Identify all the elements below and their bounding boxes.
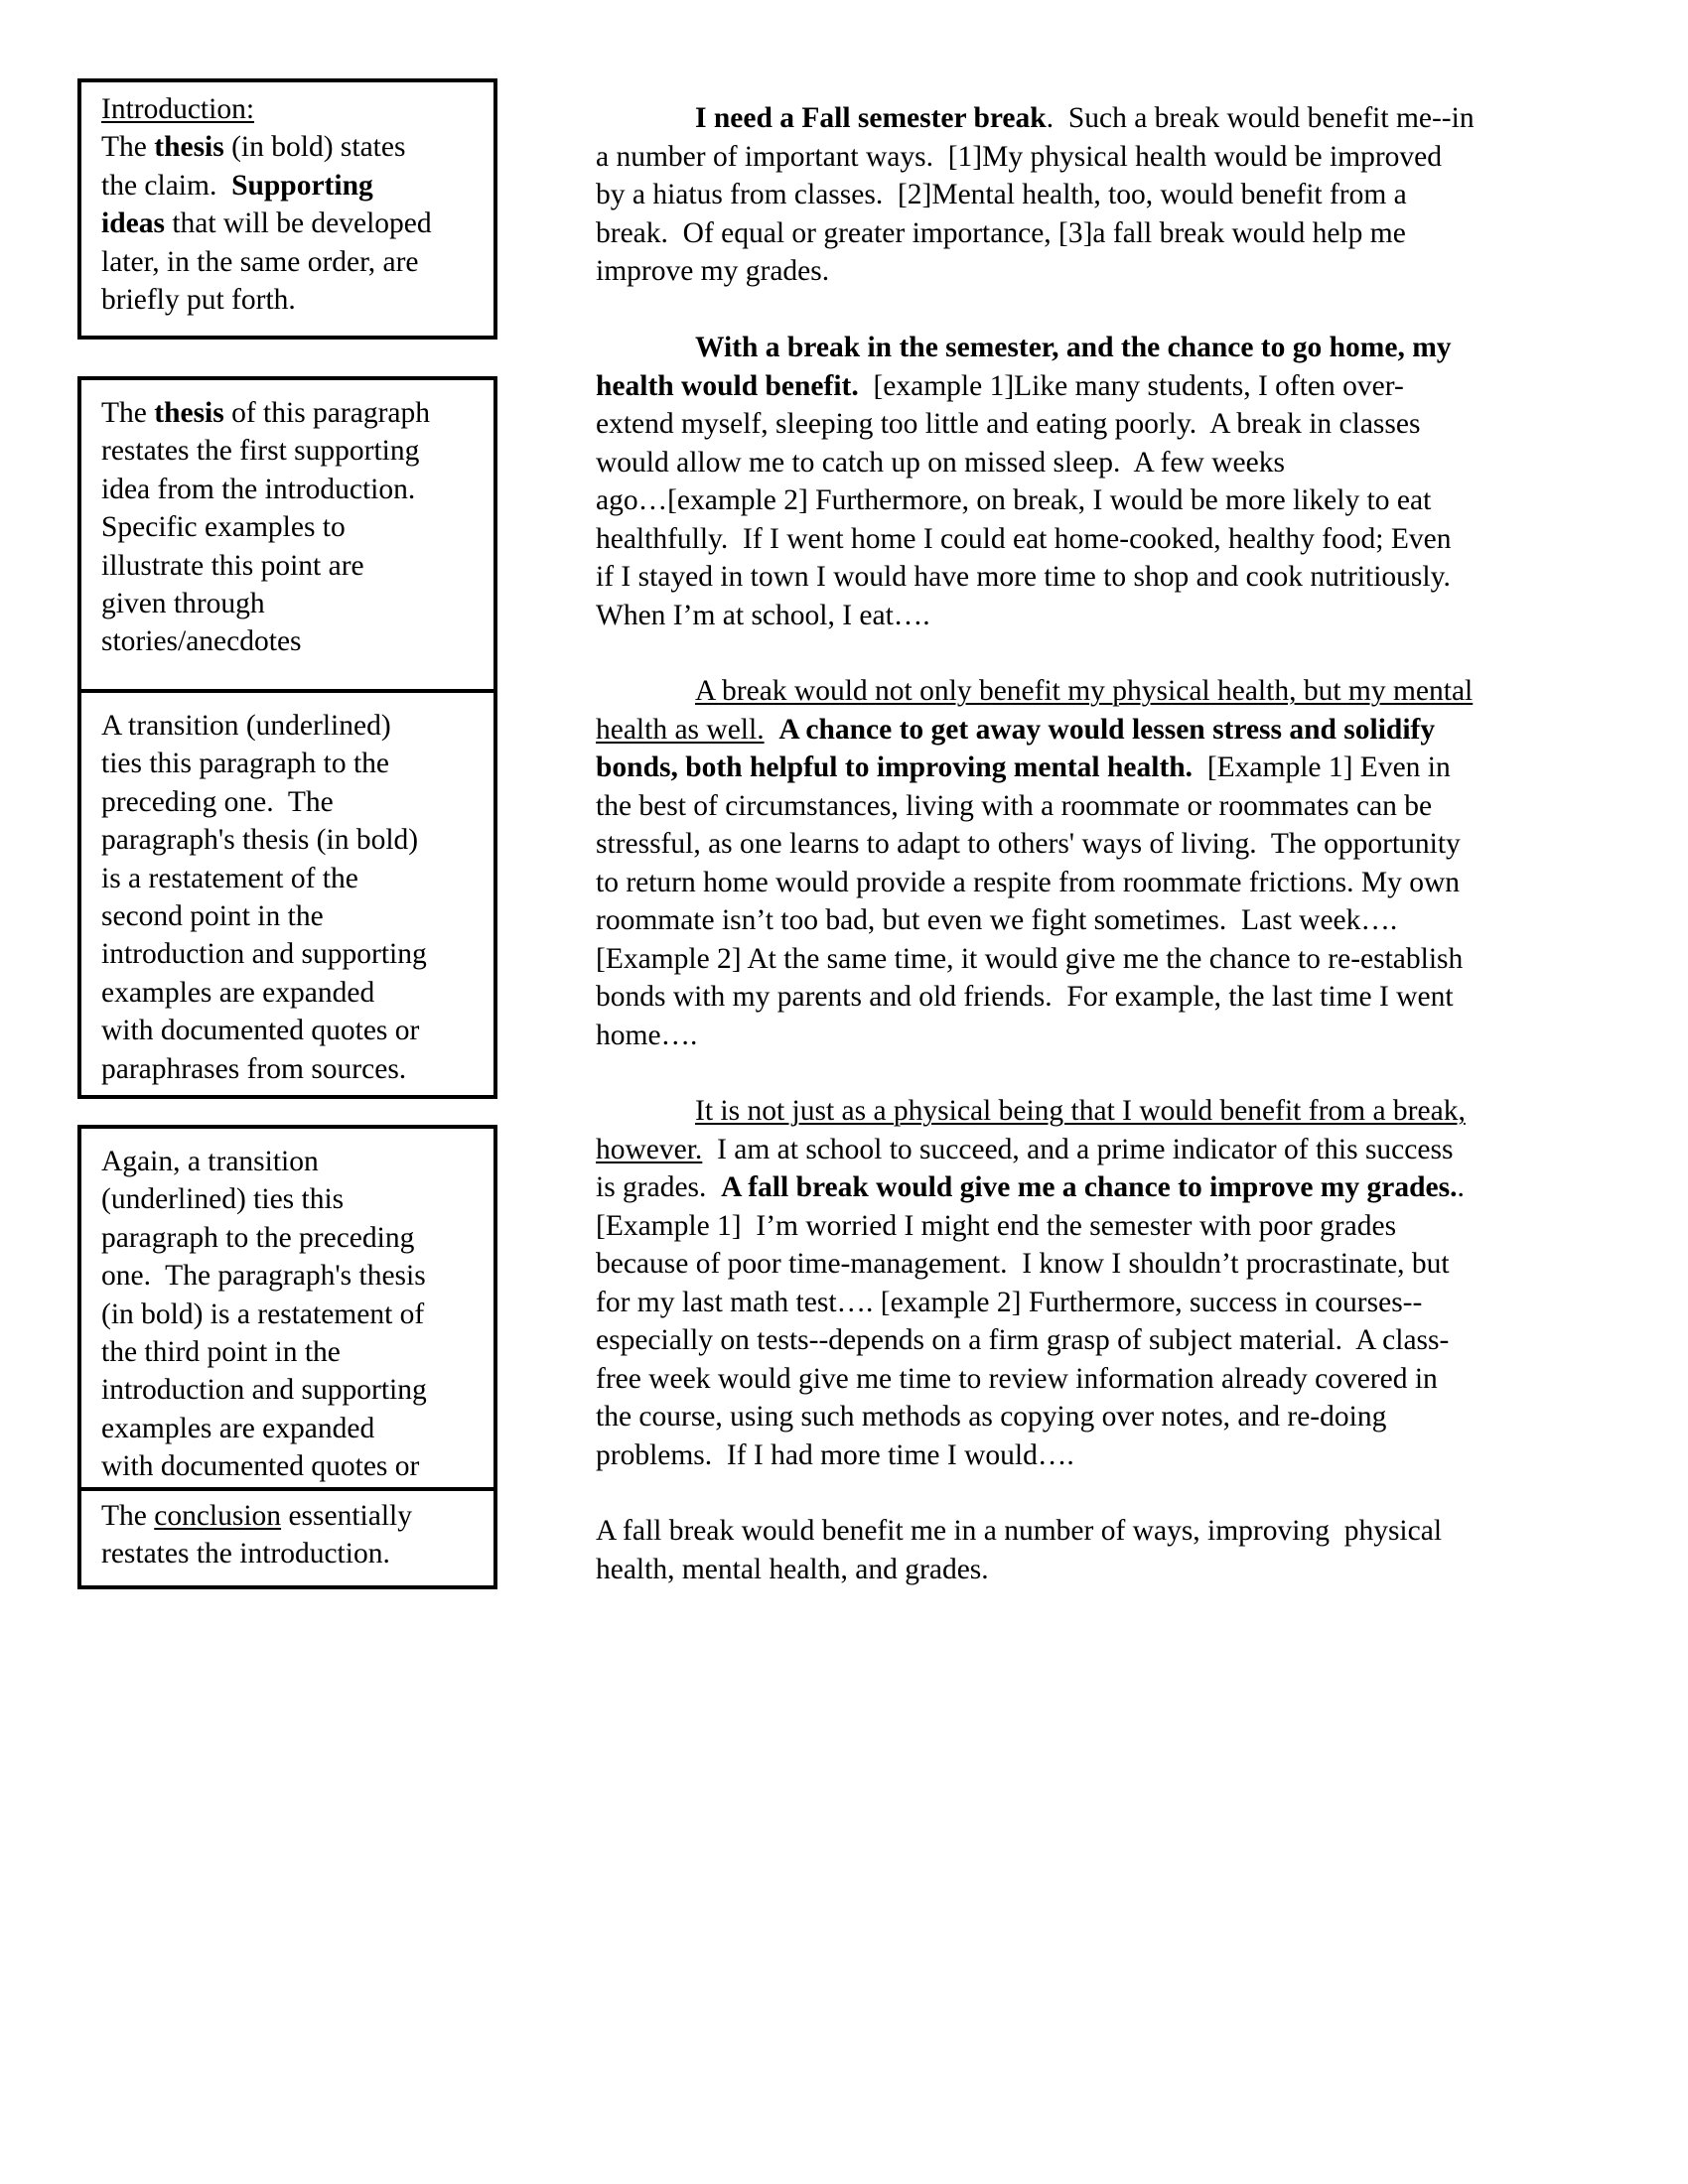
underlined-text: It is not just as a physical being that … [695,1095,1466,1127]
essay-body-paragraph-3: It is not just as a physical being that … [596,1092,1589,1474]
text: Specific examples to [101,511,346,543]
text-line: health, mental health, and grades. [596,1551,1589,1589]
text: healthfully. If I went home I could eat … [596,523,1452,555]
text-line: ideas that will be developed [101,205,484,242]
text-line: Again, a transition [101,1143,484,1180]
text-line: stories/anecdotes [101,622,484,660]
text: examples are expanded [101,1413,374,1444]
text-line: A fall break would benefit me in a numbe… [596,1512,1589,1551]
text: a number of important ways. [1]My physic… [596,141,1442,173]
text-line: the best of circumstances, living with a… [596,787,1589,826]
text-line: break. Of equal or greater importance, [… [596,214,1589,253]
underlined-text: conclusion [154,1500,281,1532]
text: (in bold) states [224,131,406,163]
essay-conclusion: A fall break would benefit me in a numbe… [596,1512,1589,1588]
text: is a restatement of the [101,863,358,894]
text-line: A transition (underlined) [101,707,484,745]
bold-text: A chance to get away would lessen stress… [778,714,1435,746]
body-annotation-box-3-conclusion: Again, a transition(underlined) ties thi… [77,1125,497,1589]
text-line: later, in the same order, are [101,243,484,281]
text: because of poor time-management. I know … [596,1248,1450,1280]
text-line: the third point in the [101,1333,484,1371]
text: (underlined) ties this [101,1183,344,1215]
text: essentially [281,1500,412,1532]
text: by a hiatus from classes. [2]Mental heal… [596,179,1407,210]
text-line: briefly put forth. [101,281,484,319]
text-line: ago…[example 2] Furthermore, on break, I… [596,481,1589,520]
intro-annotation: Introduction:The thesis (in bold) states… [81,82,493,319]
text-line: ties this paragraph to the [101,745,484,782]
text-line: restates the first supporting [101,432,484,470]
text-line: second point in the [101,897,484,935]
text: for my last math test…. [example 2] Furt… [596,1287,1422,1318]
underlined-text: Introduction: [101,93,254,125]
text-line: Introduction: [101,90,484,128]
bold-text: bonds, both helpful to improving mental … [596,751,1193,783]
text: I am at school to succeed, and a prime i… [702,1134,1453,1165]
text-line: to return home would provide a respite f… [596,864,1589,902]
text: with documented quotes or [101,1015,419,1046]
text: especially on tests--depends on a firm g… [596,1324,1449,1356]
text-line: especially on tests--depends on a firm g… [596,1321,1589,1360]
text: restates the first supporting [101,435,419,467]
text: . Such a break would benefit me--in [1047,102,1475,134]
text-line: home…. [596,1017,1589,1055]
text: restates the introduction. [101,1538,390,1570]
text: roommate isn’t too bad, but even we figh… [596,904,1397,936]
text: health, mental health, and grades. [596,1554,989,1585]
text: is grades. [596,1171,721,1203]
text-line: [Example 2] At the same time, it would g… [596,940,1589,979]
text-line: (underlined) ties this [101,1180,484,1218]
text: introduction and supporting [101,1374,427,1406]
text: examples are expanded [101,977,374,1009]
text-line: [Example 1] I’m worried I might end the … [596,1207,1589,1246]
text-line: The thesis (in bold) states [101,128,484,166]
text-line: by a hiatus from classes. [2]Mental heal… [596,176,1589,214]
text-line: I need a Fall semester break. Such a bre… [596,99,1589,138]
text: bonds with my parents and old friends. F… [596,981,1454,1013]
text-line: would allow me to catch up on missed sle… [596,444,1589,482]
text-line: given through [101,585,484,622]
text: preceding one. The [101,786,334,818]
text-line: one. The paragraph's thesis [101,1257,484,1295]
underlined-text: A break would not only benefit my physic… [695,675,1473,707]
text-line: extend myself, sleeping too little and e… [596,405,1589,444]
text: [Example 1] I’m worried I might end the … [596,1210,1396,1242]
text: [Example 1] Even in [1193,751,1451,783]
text-line: a number of important ways. [1]My physic… [596,138,1589,177]
text: the claim. [101,170,231,202]
text: [example 1]Like many students, I often o… [859,370,1404,402]
text-line: With a break in the semester, and the ch… [596,329,1589,367]
text-line: for my last math test…. [example 2] Furt… [596,1284,1589,1322]
text: illustrate this point are [101,550,364,582]
text: second point in the [101,900,324,932]
text: extend myself, sleeping too little and e… [596,408,1420,440]
bold-text: ideas [101,207,165,239]
intro-annotation-box: Introduction:The thesis (in bold) states… [77,78,497,340]
text: stressful, as one learns to adapt to oth… [596,828,1461,860]
text-line: roommate isn’t too bad, but even we figh… [596,901,1589,940]
text: if I stayed in town I would have more ti… [596,561,1451,593]
text: briefly put forth. [101,284,296,316]
bold-text: A fall break would give me a chance to i… [721,1171,1457,1203]
text-line: bonds with my parents and old friends. F… [596,978,1589,1017]
text: the third point in the [101,1336,341,1368]
text: . [1457,1171,1464,1203]
text-line: examples are expanded [101,974,484,1012]
text-line: is a restatement of the [101,860,484,897]
text: The [101,1500,154,1532]
text-line: paragraph to the preceding [101,1219,484,1257]
text-line: It is not just as a physical being that … [596,1092,1589,1131]
text-line: health as well. A chance to get away wou… [596,711,1589,750]
body-1-annotation: The thesis of this paragraphrestates the… [81,380,493,689]
text-line: with documented quotes or [101,1012,484,1049]
text-line: healthfully. If I went home I could eat … [596,520,1589,559]
bold-text: Supporting [231,170,373,202]
text-line: When I’m at school, I eat…. [596,597,1589,635]
text: problems. If I had more time I would…. [596,1439,1074,1471]
text-line: is grades. A fall break would give me a … [596,1168,1589,1207]
text-line: if I stayed in town I would have more ti… [596,558,1589,597]
text: ago…[example 2] Furthermore, on break, I… [596,484,1431,516]
text-line: introduction and supporting [101,1371,484,1409]
bold-text: thesis [154,397,223,429]
text: stories/anecdotes [101,625,302,657]
text: introduction and supporting [101,938,427,970]
text-line: A break would not only benefit my physic… [596,672,1589,711]
text-line: The thesis of this paragraph [101,394,484,432]
text-line: with documented quotes or [101,1447,484,1485]
text-line: free week would give me time to review i… [596,1360,1589,1399]
text: of this paragraph [224,397,430,429]
text: later, in the same order, are [101,246,419,278]
text: with documented quotes or [101,1450,419,1482]
text: home…. [596,1020,697,1051]
text-line: however. I am at school to succeed, and … [596,1131,1589,1169]
text: idea from the introduction. [101,474,415,505]
text-line: paragraph's thesis (in bold) [101,821,484,859]
text-line: stressful, as one learns to adapt to oth… [596,825,1589,864]
text: that will be developed [165,207,432,239]
text [765,714,779,746]
text-line: the claim. Supporting [101,167,484,205]
essay-body-paragraph-2: A break would not only benefit my physic… [596,672,1589,1054]
text-line: health would benefit. [example 1]Like ma… [596,367,1589,406]
text: given through [101,588,265,619]
bold-text: I need a Fall semester break [695,102,1047,134]
text: The [101,397,154,429]
conclusion-annotation: The conclusion essentiallyrestates the i… [81,1487,493,1573]
text: to return home would provide a respite f… [596,867,1460,898]
bold-text: health would benefit. [596,370,859,402]
text: break. Of equal or greater importance, [… [596,217,1406,249]
text: When I’m at school, I eat…. [596,600,930,631]
text: paragraph to the preceding [101,1222,414,1254]
text-line: Specific examples to [101,508,484,546]
text: improve my grades. [596,255,829,287]
bold-text: thesis [154,131,223,163]
bold-text: With a break in the semester, and the ch… [695,332,1452,363]
text: one. The paragraph's thesis [101,1260,426,1292]
text-line: (in bold) is a restatement of [101,1296,484,1333]
text-line: introduction and supporting [101,935,484,973]
underlined-text: health as well. [596,714,765,746]
text: A transition (underlined) [101,710,391,742]
underlined-text: however. [596,1134,702,1165]
text: the course, using such methods as copyin… [596,1401,1386,1433]
text-line: the course, using such methods as copyin… [596,1398,1589,1436]
text-line: The conclusion essentially [101,1497,484,1535]
body-3-annotation: Again, a transition(underlined) ties thi… [81,1129,493,1487]
text-line: illustrate this point are [101,547,484,585]
essay-body-paragraph-1: With a break in the semester, and the ch… [596,329,1589,634]
text: A fall break would benefit me in a numbe… [596,1515,1442,1547]
text: paraphrases from sources. [101,1053,406,1085]
text: free week would give me time to review i… [596,1363,1438,1395]
text-line: preceding one. The [101,783,484,821]
body-annotation-box-1-2: The thesis of this paragraphrestates the… [77,376,497,1099]
text: The [101,131,154,163]
text-line: bonds, both helpful to improving mental … [596,749,1589,787]
text: the best of circumstances, living with a… [596,790,1432,822]
text-line: because of poor time-management. I know … [596,1245,1589,1284]
text: [Example 2] At the same time, it would g… [596,943,1463,975]
text-line: idea from the introduction. [101,471,484,508]
essay-introduction: I need a Fall semester break. Such a bre… [596,99,1589,291]
text: paragraph's thesis (in bold) [101,824,418,856]
text: (in bold) is a restatement of [101,1298,424,1330]
text-line: examples are expanded [101,1410,484,1447]
text: ties this paragraph to the [101,748,389,779]
text: would allow me to catch up on missed sle… [596,447,1285,478]
text-line: paraphrases from sources. [101,1050,484,1088]
text-line: restates the introduction. [101,1535,484,1572]
text: Again, a transition [101,1146,319,1177]
body-2-annotation: A transition (underlined)ties this parag… [81,689,493,1088]
text-line: problems. If I had more time I would…. [596,1436,1589,1475]
text-line: improve my grades. [596,252,1589,291]
